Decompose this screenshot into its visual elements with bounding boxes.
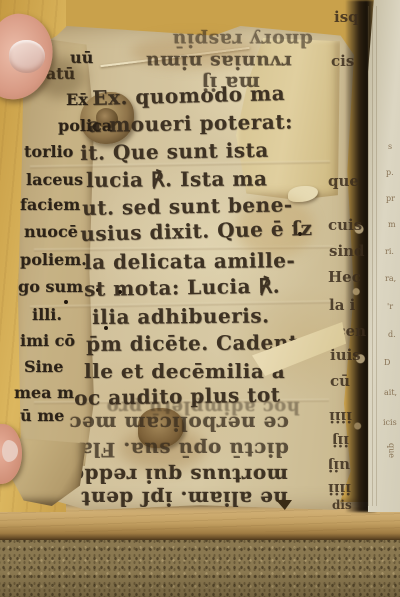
right-column-text: cuis [328, 216, 362, 234]
right-column-text: sind [329, 242, 365, 260]
facing-page-mark: ri. [385, 247, 394, 256]
right-column-text: que [328, 172, 359, 190]
left-column-text: faciem [20, 195, 80, 214]
text-line: Ex. quomodo ma [92, 83, 285, 108]
right-column-text: cis [331, 52, 354, 70]
left-column-text: Sine [24, 357, 63, 376]
facing-page-mark: d. [388, 330, 396, 339]
left-column-text: polica [58, 116, 112, 135]
facing-page-mark: s [388, 142, 392, 151]
text-line: ilia adhibueris. [92, 305, 270, 327]
left-column-text: torlio [24, 142, 73, 161]
text-line: usius dixit. Que ē ſz [80, 218, 313, 244]
right-column-text: iij [331, 432, 349, 450]
facing-page-mark: D [384, 358, 390, 367]
inverted-text-line: ce nerbolicam mec [74, 414, 289, 434]
right-column-text: isq [334, 8, 359, 26]
text-line: it. Que sunt ista [80, 140, 269, 163]
facing-page-mark: que [387, 443, 396, 458]
left-column-text: nuocē [24, 222, 78, 241]
left-column-text: imi cō [20, 331, 75, 350]
right-column-text: Hec [328, 268, 361, 286]
left-column-text: go sum [18, 277, 83, 296]
text-line: st mota: Lucia ℟. [84, 276, 280, 299]
right-column-text: iiii [329, 480, 351, 498]
left-column-text: illi. [32, 305, 62, 324]
right-column-text: dis [332, 498, 352, 512]
facing-page-mark: 'r [387, 302, 393, 311]
inverted-text-line: dictū opū sua. Fla [74, 440, 289, 460]
facing-page-mark: ra, [385, 274, 396, 283]
facing-page-mark: p. [386, 168, 394, 177]
inverted-text-line: rvunias nimu [92, 52, 292, 71]
manuscript-photo: dnory raspiū rvunias nimu ma ij Ex. quom… [0, 0, 400, 597]
inverted-text-line: mortuus qui reddo [76, 466, 288, 486]
inverted-text-line: dnory raspiū [98, 30, 313, 49]
right-column-text: la i [329, 296, 355, 314]
facing-page-mark: pr [386, 194, 395, 203]
right-column-text: uij [330, 457, 350, 475]
facing-page-mark: ait, [384, 388, 397, 397]
facing-page-mark: m [388, 220, 396, 229]
right-column-text: cū [330, 372, 350, 390]
inverted-text-line: ne aliam. ipſ dent [74, 489, 288, 509]
text-line: ut. sed sunt bene- [82, 194, 293, 218]
left-column-text: ū me [20, 406, 64, 425]
text-line: lucia ℟. Ista ma [86, 168, 268, 190]
facing-page-torn-edge [368, 6, 377, 506]
text-line: a moueri poterat: [88, 111, 293, 135]
cork-shadow [0, 572, 400, 597]
left-column-text: poliem. [20, 250, 87, 269]
text-line: la delicata amille- [84, 250, 295, 272]
thumbnail [9, 40, 45, 73]
left-column-text: laceus [26, 170, 83, 189]
facing-page-mark: icis [383, 418, 397, 427]
text-line: lle et decēmilia a [84, 361, 285, 381]
wormhole [64, 300, 68, 304]
right-column-text: iuis [330, 346, 361, 364]
right-column-text: iiii [330, 408, 352, 426]
left-column-text: mea m [14, 383, 74, 402]
